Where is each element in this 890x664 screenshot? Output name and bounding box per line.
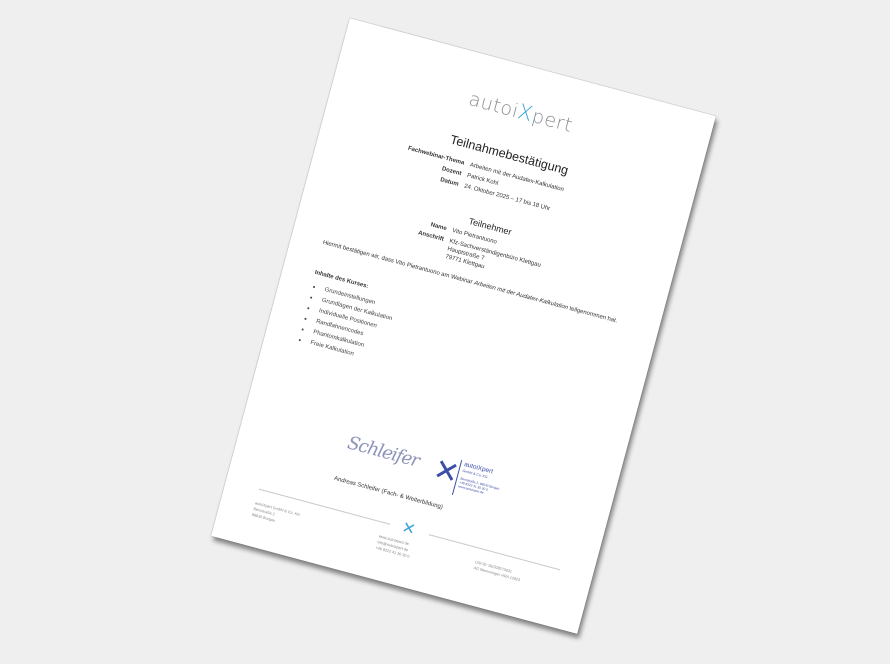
footer-company-address: autoiXpert GmbH & Co. KG Bernstraße 2 88… bbox=[251, 500, 301, 529]
logo-text-prefix: autoi bbox=[466, 88, 521, 122]
company-stamp: ✕ autoiXpert GmbH & Co. KG Bernstraße 2,… bbox=[427, 452, 545, 523]
course-contents-list: Grundeinstellungen Grundlagen der Kalkul… bbox=[295, 281, 396, 367]
logo-text-suffix: pert bbox=[530, 105, 575, 137]
handwritten-signature: Schleifer bbox=[345, 432, 421, 471]
footer-x-logo-icon: ✕ bbox=[394, 516, 424, 541]
footer-legal: USt-ID: DE308573631 AG Memmingen HRA 128… bbox=[473, 559, 522, 583]
certificate-page: autoiXpert Teilnahmebestätigung Fachwebi… bbox=[211, 18, 716, 634]
